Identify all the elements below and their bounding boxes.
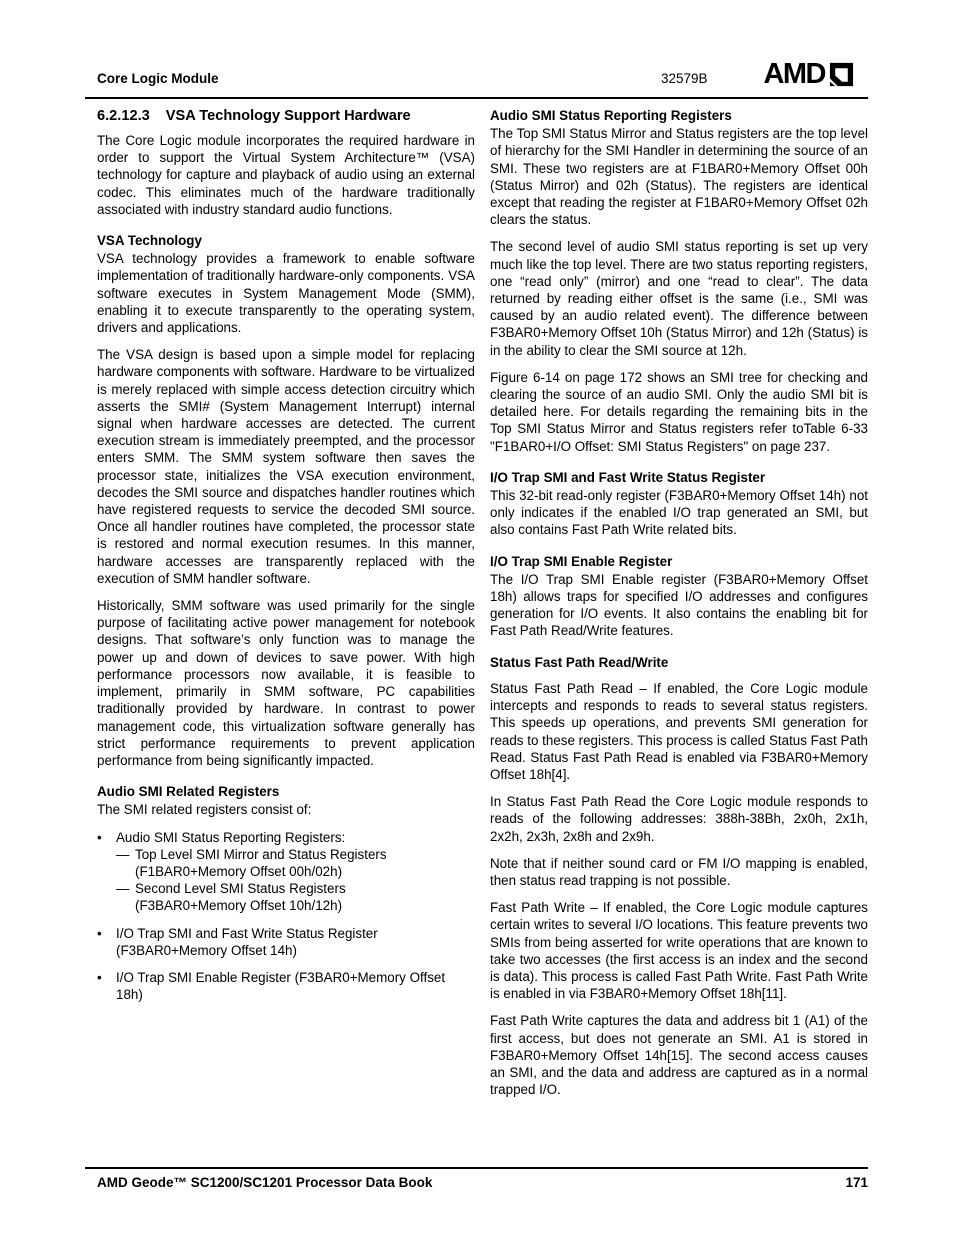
subheading-audio-smi-related-registers: Audio SMI Related Registers xyxy=(97,783,475,800)
amd-logo: AMD xyxy=(763,60,855,89)
document-page: Core Logic Module 32579B AMD 6.2.12.3VSA… xyxy=(0,0,954,1235)
paragraph-io-trap-status: This 32-bit read-only register (F3BAR0+M… xyxy=(490,487,868,539)
footer-page-number: 171 xyxy=(845,1175,868,1190)
list-item: • Audio SMI Status Reporting Registers: … xyxy=(97,829,475,915)
subheading-vsa-technology: VSA Technology xyxy=(97,232,475,249)
paragraph-io-trap-enable: The I/O Trap SMI Enable register (F3BAR0… xyxy=(490,571,868,640)
paragraph-audio-registers-lead: The SMI related registers consist of: xyxy=(97,801,475,818)
running-header-title: Core Logic Module xyxy=(97,71,219,86)
sub-list-item-text: Top Level SMI Mirror and Status Register… xyxy=(135,846,387,880)
amd-logo-text: AMD xyxy=(763,60,825,89)
paragraph-audio-smi-1: The Top SMI Status Mirror and Status reg… xyxy=(490,125,868,228)
register-list: • Audio SMI Status Reporting Registers: … xyxy=(97,829,475,1004)
paragraph-fast-path-5: Fast Path Write captures the data and ad… xyxy=(490,1012,868,1098)
paragraph-audio-smi-3: Figure 6-14 on page 172 shows an SMI tre… xyxy=(490,369,868,455)
section-heading: 6.2.12.3VSA Technology Support Hardware xyxy=(97,107,475,125)
footer-book-title: AMD Geode™ SC1200/SC1201 Processor Data … xyxy=(97,1175,432,1190)
right-column: Audio SMI Status Reporting Registers The… xyxy=(490,107,868,1108)
sub-list-item: — Top Level SMI Mirror and Status Regist… xyxy=(116,846,475,880)
paragraph-fast-path-4: Fast Path Write – If enabled, the Core L… xyxy=(490,899,868,1002)
list-item: • I/O Trap SMI and Fast Write Status Reg… xyxy=(97,925,475,959)
document-code: 32579B xyxy=(661,71,708,86)
left-column: 6.2.12.3VSA Technology Support Hardware … xyxy=(97,107,475,1108)
subheading-audio-smi-status-reporting: Audio SMI Status Reporting Registers xyxy=(490,107,868,124)
page-footer: AMD Geode™ SC1200/SC1201 Processor Data … xyxy=(97,1175,868,1190)
subheading-io-trap-enable-register: I/O Trap SMI Enable Register xyxy=(490,553,868,570)
footer-rule xyxy=(85,1167,868,1169)
sub-list-item: — Second Level SMI Status Registers (F3B… xyxy=(116,880,475,914)
paragraph-vsa-2: The VSA design is based upon a simple mo… xyxy=(97,346,475,587)
paragraph-intro: The Core Logic module incorporates the r… xyxy=(97,132,475,218)
list-item-text: Audio SMI Status Reporting Registers: xyxy=(116,830,345,845)
dash-marker: — xyxy=(116,846,135,880)
subheading-io-trap-status-register: I/O Trap SMI and Fast Write Status Regis… xyxy=(490,469,868,486)
section-number: 6.2.12.3 xyxy=(97,108,150,124)
bullet-marker: • xyxy=(97,925,116,959)
paragraph-fast-path-1: Status Fast Path Read – If enabled, the … xyxy=(490,680,868,783)
paragraph-fast-path-2: In Status Fast Path Read the Core Logic … xyxy=(490,793,868,845)
paragraph-fast-path-3: Note that if neither sound card or FM I/… xyxy=(490,855,868,889)
bullet-marker: • xyxy=(97,829,116,915)
page-body: 6.2.12.3VSA Technology Support Hardware … xyxy=(97,107,868,1108)
amd-arrow-icon xyxy=(828,61,855,88)
dash-marker: — xyxy=(116,880,135,914)
bullet-marker: • xyxy=(97,969,116,1003)
sub-list-item-text: Second Level SMI Status Registers (F3BAR… xyxy=(135,880,346,914)
section-title: VSA Technology Support Hardware xyxy=(166,108,411,124)
paragraph-vsa-1: VSA technology provides a framework to e… xyxy=(97,250,475,336)
list-item-text: I/O Trap SMI Enable Register (F3BAR0+Mem… xyxy=(116,970,445,1002)
header-rule xyxy=(85,97,868,99)
paragraph-audio-smi-2: The second level of audio SMI status rep… xyxy=(490,238,868,358)
list-item: • I/O Trap SMI Enable Register (F3BAR0+M… xyxy=(97,969,475,1003)
paragraph-vsa-3: Historically, SMM software was used prim… xyxy=(97,597,475,769)
subheading-status-fast-path: Status Fast Path Read/Write xyxy=(490,654,868,671)
list-item-text: I/O Trap SMI and Fast Write Status Regis… xyxy=(116,926,378,958)
